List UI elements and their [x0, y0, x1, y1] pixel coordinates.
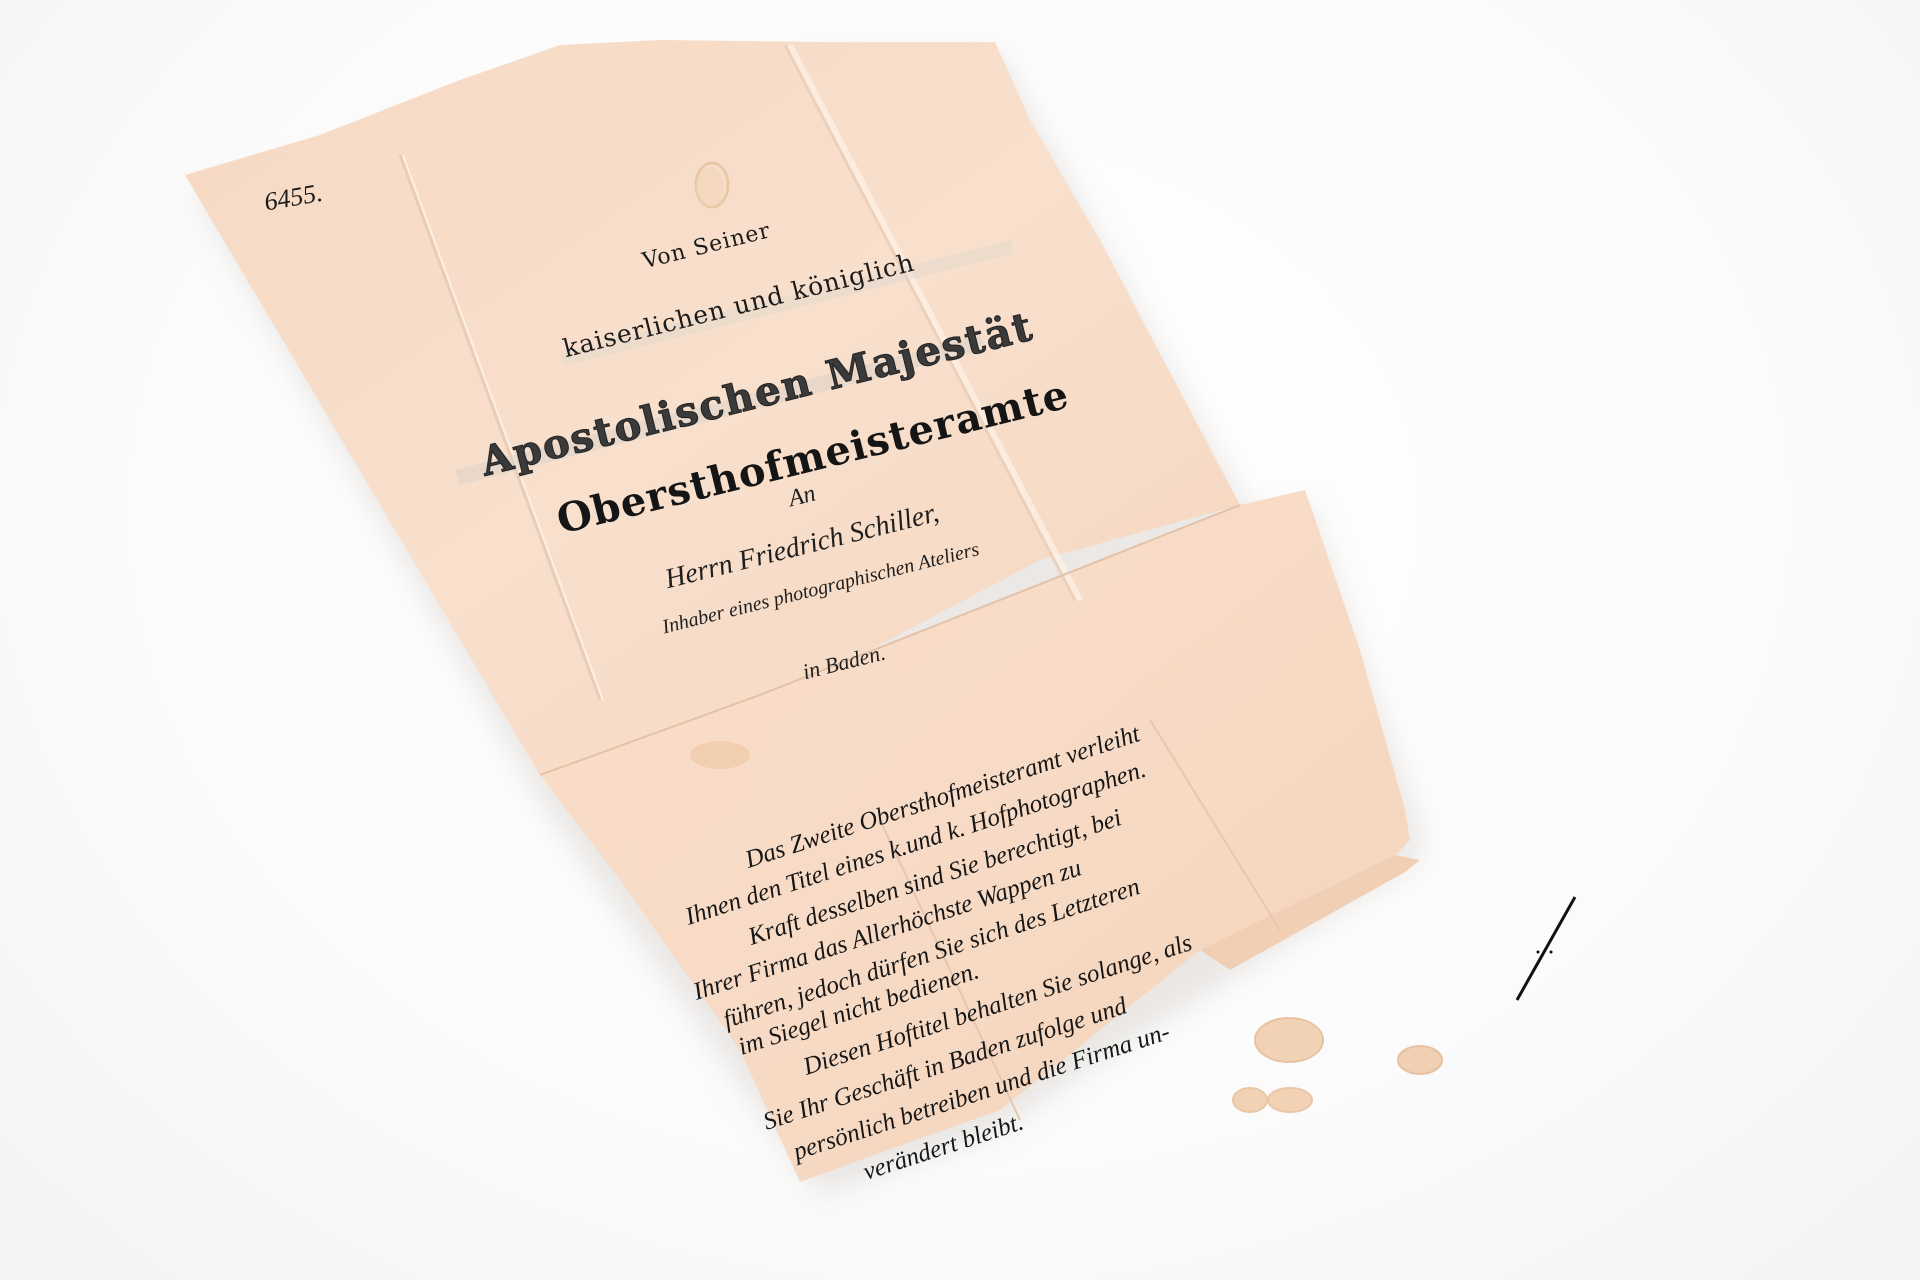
water-stain: [1398, 1046, 1442, 1074]
closing-stroke-mark: [1517, 897, 1575, 1000]
photograph-scene: 6455. Von Seiner kaiserlichen und königl…: [0, 0, 1920, 1280]
ink-dot: [1537, 951, 1540, 954]
water-stain: [1268, 1088, 1312, 1112]
water-stain: [1255, 1018, 1323, 1062]
water-stain: [1233, 1088, 1267, 1112]
water-stain-fill: [696, 167, 724, 207]
water-stain: [690, 741, 750, 769]
ink-dot: [1550, 951, 1553, 954]
